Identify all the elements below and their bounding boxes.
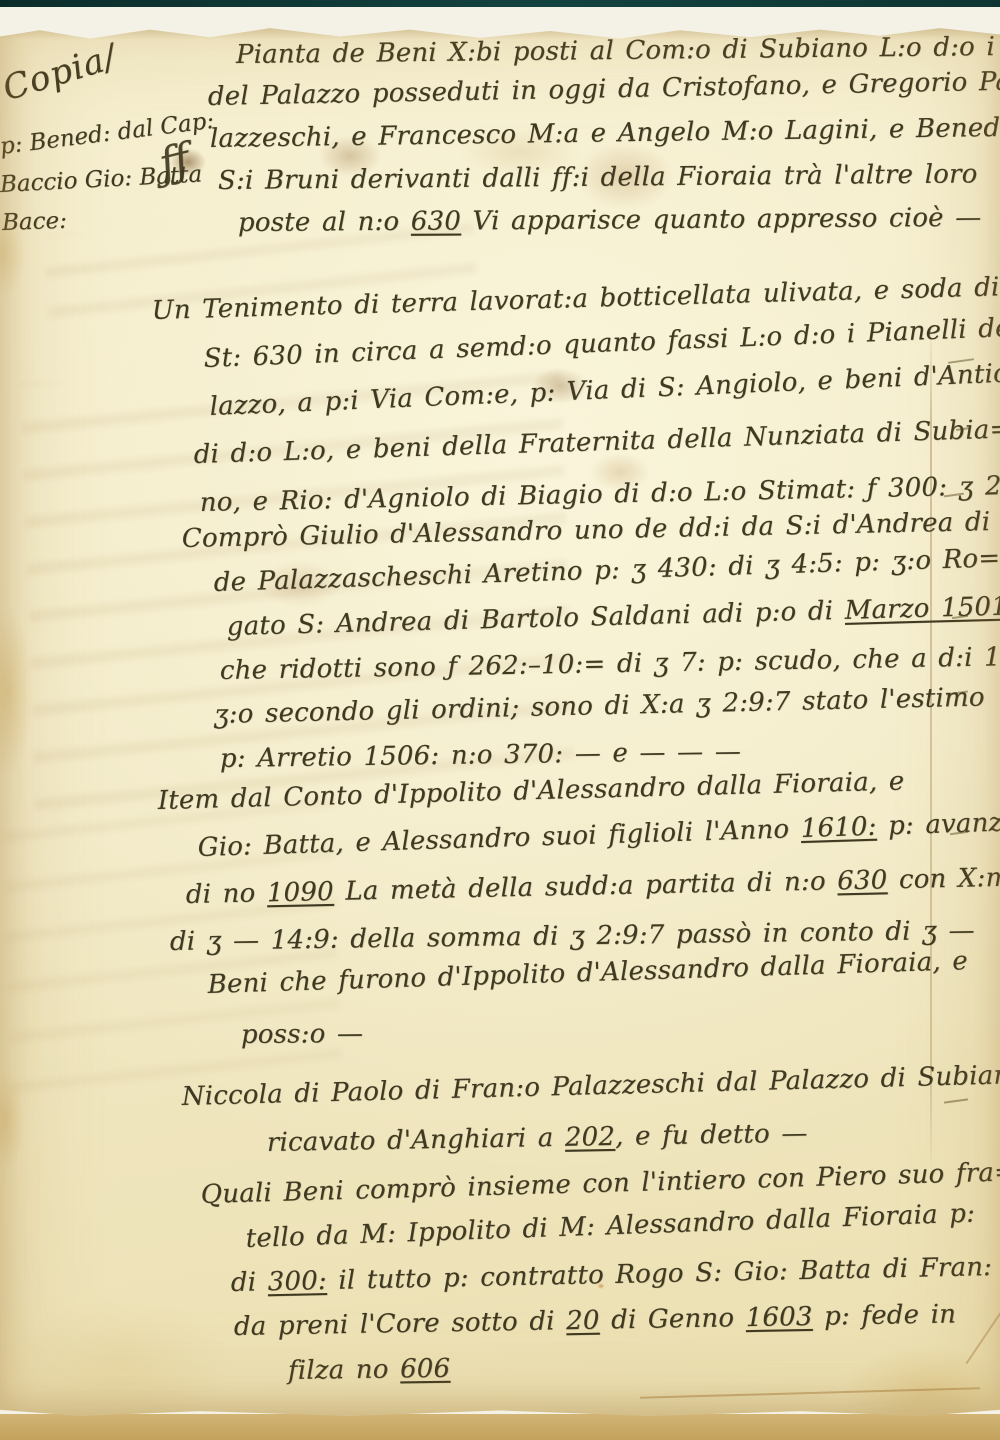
margin-note-copia: Copia/ (0, 37, 122, 109)
margin-note-bace: Bace: (2, 208, 68, 236)
paragraph-tenimento: Un Tenimento di terra lavorat:a botticel… (152, 296, 1000, 536)
manuscript-paper: Copia/ ƒƒ p: Bened: dal Cap: Baccio Gio:… (0, 24, 1000, 1416)
scanner-edge-strip (0, 0, 1000, 7)
heading-paragraph: Pianta de Beni X:bi posti al Com:o di Su… (208, 40, 1000, 250)
paragraph-compro: Comprò Giulio d'Alessandro uno de dd:i d… (172, 524, 1000, 788)
manuscript-line: S:i Bruni derivanti dalli ff:i della Fio… (218, 158, 1000, 208)
manuscript-line: poss:o — (241, 1014, 969, 1070)
underlying-page-band (0, 1414, 1000, 1440)
paragraph-beni: Beni che furono d'Ippolito d'Alessandro … (186, 970, 969, 1070)
manuscript-line: poste al n:o 630 Vi apparisce quanto app… (238, 202, 1000, 250)
margin-note-baccio: Baccio Gio: Batta (0, 161, 203, 198)
scanned-manuscript-page: Copia/ ƒƒ p: Bened: dal Cap: Baccio Gio:… (0, 0, 1000, 1440)
paragraph-item: Item dal Conto d'Ippolito d'Alessandro d… (158, 786, 1000, 974)
paragraph-quali: Quali Beni comprò insieme con l'intiero … (196, 1180, 1000, 1400)
manuscript-line: filza no 606 (288, 1345, 1000, 1400)
